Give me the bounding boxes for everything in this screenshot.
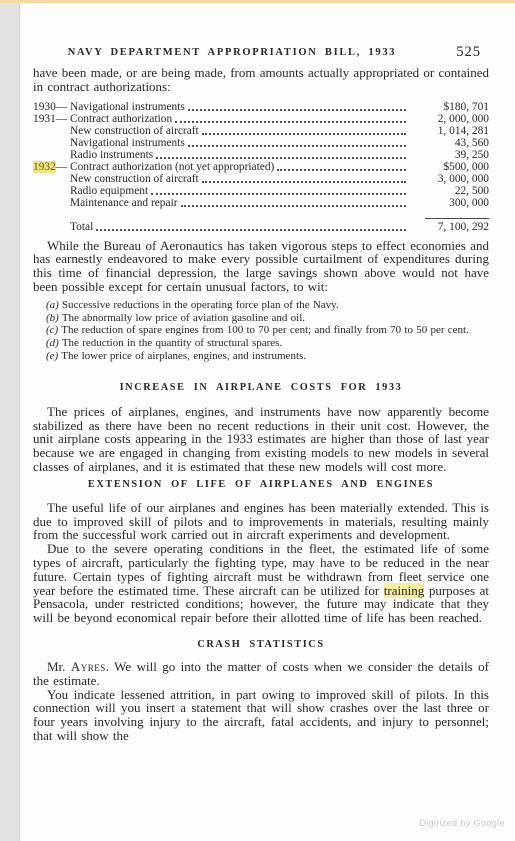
dot-leader — [188, 145, 406, 147]
row-amount: 39, 250 — [409, 149, 489, 161]
total-amount: 7, 100, 292 — [409, 218, 489, 233]
row-label: New construction of aircraft — [70, 125, 199, 137]
factor-item-d: (d)The reduction in the quantity of stru… — [33, 337, 489, 350]
row-label: Radio equipment — [70, 185, 148, 197]
dot-leader — [151, 193, 406, 195]
row-label: New construction of aircraft — [70, 173, 199, 185]
paragraph-fleet-conditions: Due to the severe operating conditions i… — [33, 542, 489, 625]
table-total-row: Total7, 100, 292 — [33, 218, 489, 233]
paragraph-ayres: Mr. Ayres. We will go into the matter of… — [33, 660, 489, 688]
appropriations-table: 1930—Navigational instruments$180, 701 1… — [33, 101, 489, 233]
dot-leader — [96, 229, 406, 231]
page-header: NAVY DEPARTMENT APPROPRIATION BILL, 1933… — [33, 44, 489, 60]
factor-marker: (c) — [46, 324, 58, 336]
table-row: Radio equipment22, 500 — [33, 185, 489, 197]
search-highlight-1932: 1932 — [33, 161, 56, 173]
row-label: Navigational instruments — [70, 101, 185, 113]
factors-list: (a)Successive reductions in the operatin… — [33, 299, 489, 363]
row-year: 1932— — [33, 161, 70, 173]
factor-text: The reduction in the quantity of structu… — [62, 337, 282, 349]
row-amount: 3, 000, 000 — [409, 173, 489, 185]
paragraph-savings: While the Bureau of Aeronautics has take… — [33, 239, 489, 294]
total-label: Total — [70, 221, 93, 233]
year-dash: — — [56, 161, 67, 173]
table-row: New construction of aircraft3, 000, 000 — [33, 173, 489, 185]
dot-leader — [156, 157, 406, 159]
factor-marker: (a) — [46, 299, 59, 311]
table-row: Radio instruments39, 250 — [33, 149, 489, 161]
table-row: 1931—Contract authorization2, 000, 000 — [33, 113, 489, 125]
row-year: 1931— — [33, 113, 70, 125]
row-amount: 300, 000 — [409, 197, 489, 209]
factor-item-a: (a)Successive reductions in the operatin… — [33, 299, 489, 312]
dot-leader — [202, 133, 406, 135]
scan-edge-left-strip — [0, 3, 20, 841]
table-row: Maintenance and repair300, 000 — [33, 197, 489, 209]
row-amount: $180, 701 — [409, 101, 489, 113]
text-segment: Mr. — [47, 659, 71, 674]
paragraph-useful-life: The useful life of our airplanes and eng… — [33, 501, 489, 542]
row-label: Maintenance and repair — [70, 197, 178, 209]
factor-marker: (b) — [46, 312, 59, 324]
row-label: Contract authorization — [70, 113, 172, 125]
table-row: New construction of aircraft1, 014, 281 — [33, 125, 489, 137]
total-rule: 7, 100, 292 — [425, 218, 489, 233]
row-year: 1930— — [33, 101, 70, 113]
intro-paragraph: have been made, or are being made, from … — [33, 66, 489, 94]
row-label: Contract authorization (not yet appropri… — [70, 161, 274, 173]
scanned-document-page: NAVY DEPARTMENT APPROPRIATION BILL, 1933… — [0, 0, 515, 841]
factor-text: The lower price of airplanes, engines, a… — [61, 350, 306, 362]
dot-leader — [277, 169, 406, 171]
scan-edge-top-bar — [0, 0, 515, 3]
dot-leader — [175, 121, 406, 123]
factor-marker: (d) — [46, 337, 59, 349]
row-amount: 2, 000, 000 — [409, 113, 489, 125]
table-row-1932: 1932—Contract authorization (not yet app… — [33, 161, 489, 173]
page-number: 525 — [456, 44, 481, 61]
search-highlight: training — [384, 583, 424, 598]
heading-increase-costs: INCREASE IN AIRPLANE COSTS FOR 1933 — [33, 382, 489, 393]
table-row: Navigational instruments43, 560 — [33, 137, 489, 149]
row-label: Radio instruments — [70, 149, 153, 161]
dot-leader — [181, 205, 406, 207]
row-amount: $500, 000 — [409, 161, 489, 173]
factor-item-c: (c)The reduction of spare engines from 1… — [33, 324, 489, 337]
heading-crash-statistics: CRASH STATISTICS — [33, 639, 489, 650]
heading-extension-of-life: EXTENSION OF LIFE OF AIRPLANES AND ENGIN… — [33, 479, 489, 490]
factor-text: The abnormally low price of aviation gas… — [62, 312, 305, 324]
row-amount: 22, 500 — [409, 185, 489, 197]
table-row: 1930—Navigational instruments$180, 701 — [33, 101, 489, 113]
factor-text: The reduction of spare engines from 100 … — [61, 324, 469, 336]
page-content: NAVY DEPARTMENT APPROPRIATION BILL, 1933… — [33, 44, 489, 743]
factor-text: Successive reductions in the operating f… — [62, 299, 339, 311]
running-title: NAVY DEPARTMENT APPROPRIATION BILL, 1933 — [33, 47, 431, 58]
row-amount: 43, 560 — [409, 137, 489, 149]
factor-item-b: (b)The abnormally low price of aviation … — [33, 312, 489, 325]
paragraph-attrition: You indicate lessened attrition, in part… — [33, 688, 489, 743]
small-caps-name: Ayres — [71, 659, 106, 674]
dot-leader — [188, 109, 406, 111]
row-label: Navigational instruments — [70, 137, 185, 149]
digitized-by-google-watermark: Digitized by Google — [419, 818, 505, 828]
row-amount: 1, 014, 281 — [409, 125, 489, 137]
dot-leader — [202, 181, 406, 183]
factor-item-e: (e)The lower price of airplanes, engines… — [33, 350, 489, 363]
paragraph-airplane-costs: The prices of airplanes, engines, and in… — [33, 405, 489, 474]
factor-marker: (e) — [46, 350, 58, 362]
